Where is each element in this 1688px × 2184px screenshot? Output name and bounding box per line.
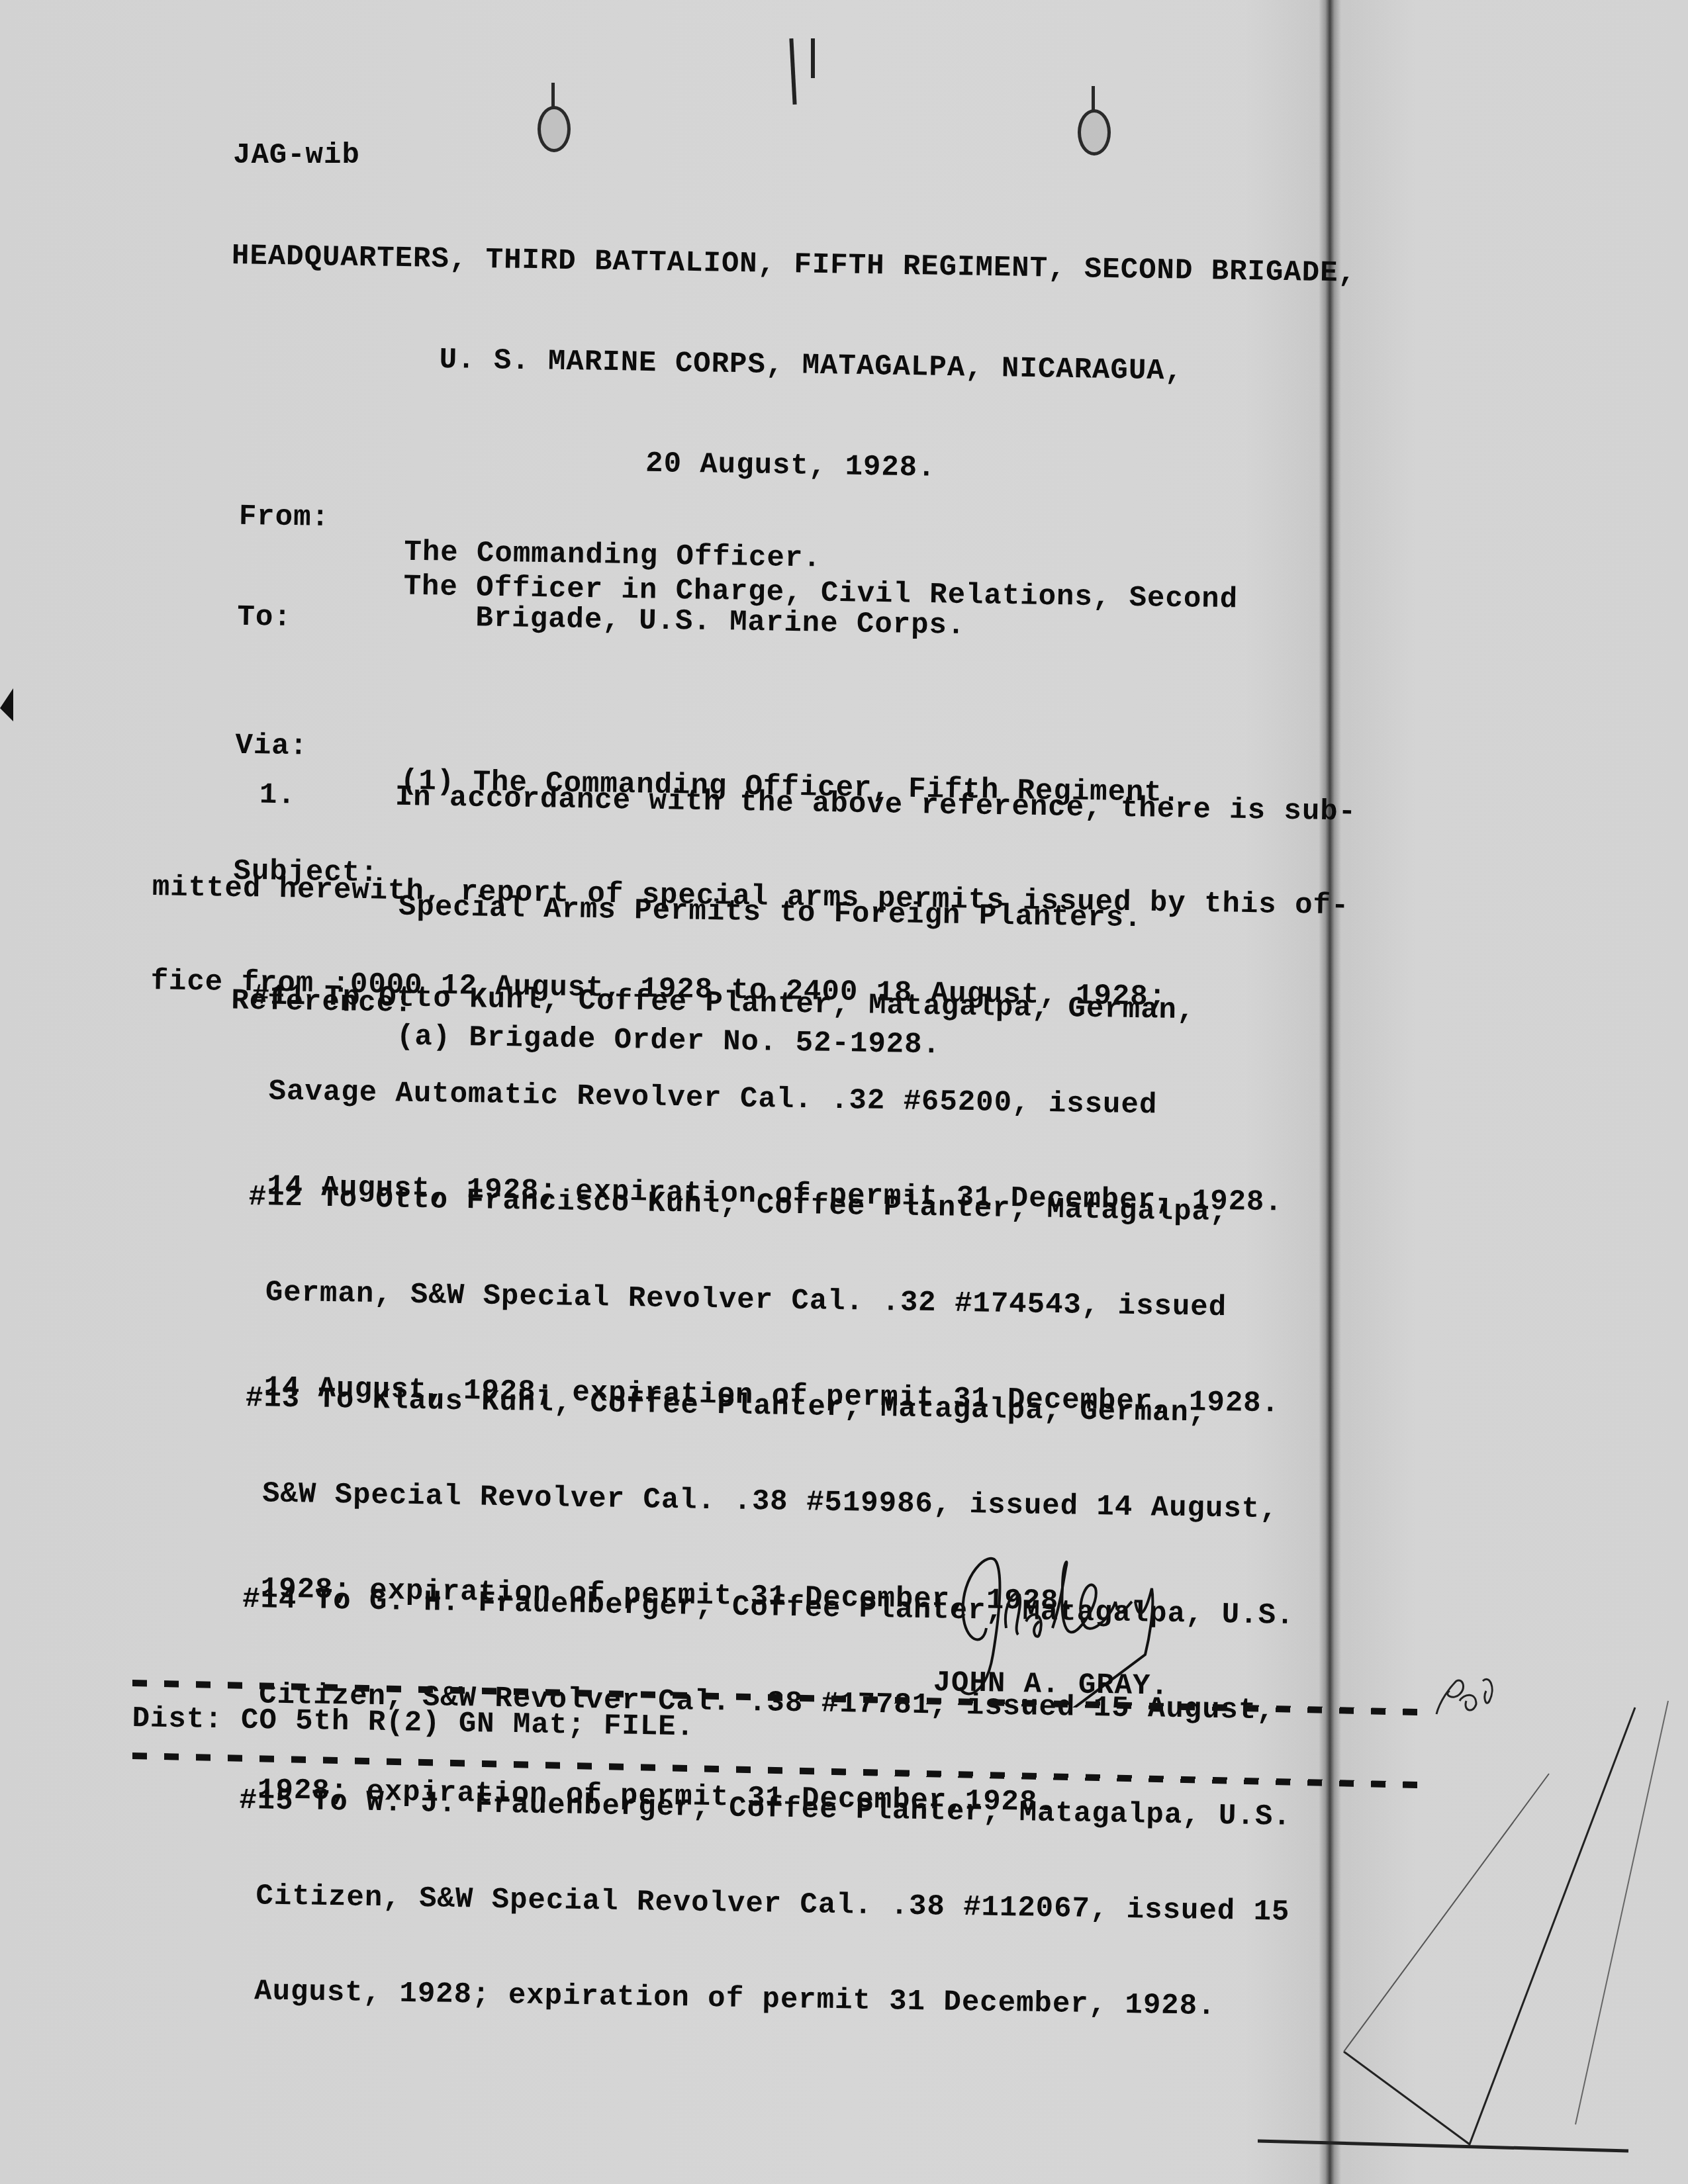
punch-hole-right [1078,109,1111,156]
permit-line: August, 1928; expiration of permit 31 De… [236,1975,1289,2021]
memo-from: From: The Commanding Officer. [167,466,421,504]
typed-signature-name: JOHN A. GRAY. [933,1666,1169,1704]
scan-mark [811,38,815,78]
letter-date: 20 August, 1928. [645,447,1354,493]
permit-line: #11 Tp Otto Kuhl, Coffee Planter, Mataga… [252,979,1304,1025]
paragraph-line-1: In accordance with the above reference, … [395,781,1356,829]
memo-to: To: The Officer in Charge, Civil Relatio… [164,567,419,639]
permit-line: German, S&W Special Revolver Cal. .32 #1… [247,1276,1299,1322]
punch-hole-left [538,106,571,152]
permit-item: #15 To W. J. Frauenberger, Coffee Plante… [238,1718,1292,1870]
permit-line: S&W Special Revolver Cal. .38 #519986, i… [244,1477,1296,1523]
letterhead-line-2: U. S. MARINE CORPS, MATAGALPA, NICARAGUA… [439,343,1355,392]
folded-page-corner [1258,1694,1688,2184]
permit-line: Savage Automatic Revolver Cal. .32 #6520… [250,1075,1303,1120]
to-label: To: [237,601,292,635]
from-label: From: [238,500,330,535]
from-value: The Commanding Officer. [404,536,821,576]
permit-item: #11 Tp Otto Kuhl, Coffee Planter, Mataga… [251,913,1305,1065]
file-code: JAG-wib [233,139,360,172]
letterhead-line-1: HEADQUARTERS, THIRD BATTALION, FIFTH REG… [232,240,1357,292]
edge-mark [0,688,13,721]
paragraph-number: 1.In accordance with the above reference… [259,779,1357,831]
permit-line: Citizen, S&W Special Revolver Cal. .38 #… [238,1880,1290,1925]
permit-list: #11 Tp Otto Kuhl, Coffee Planter, Mataga… [238,847,1306,1903]
